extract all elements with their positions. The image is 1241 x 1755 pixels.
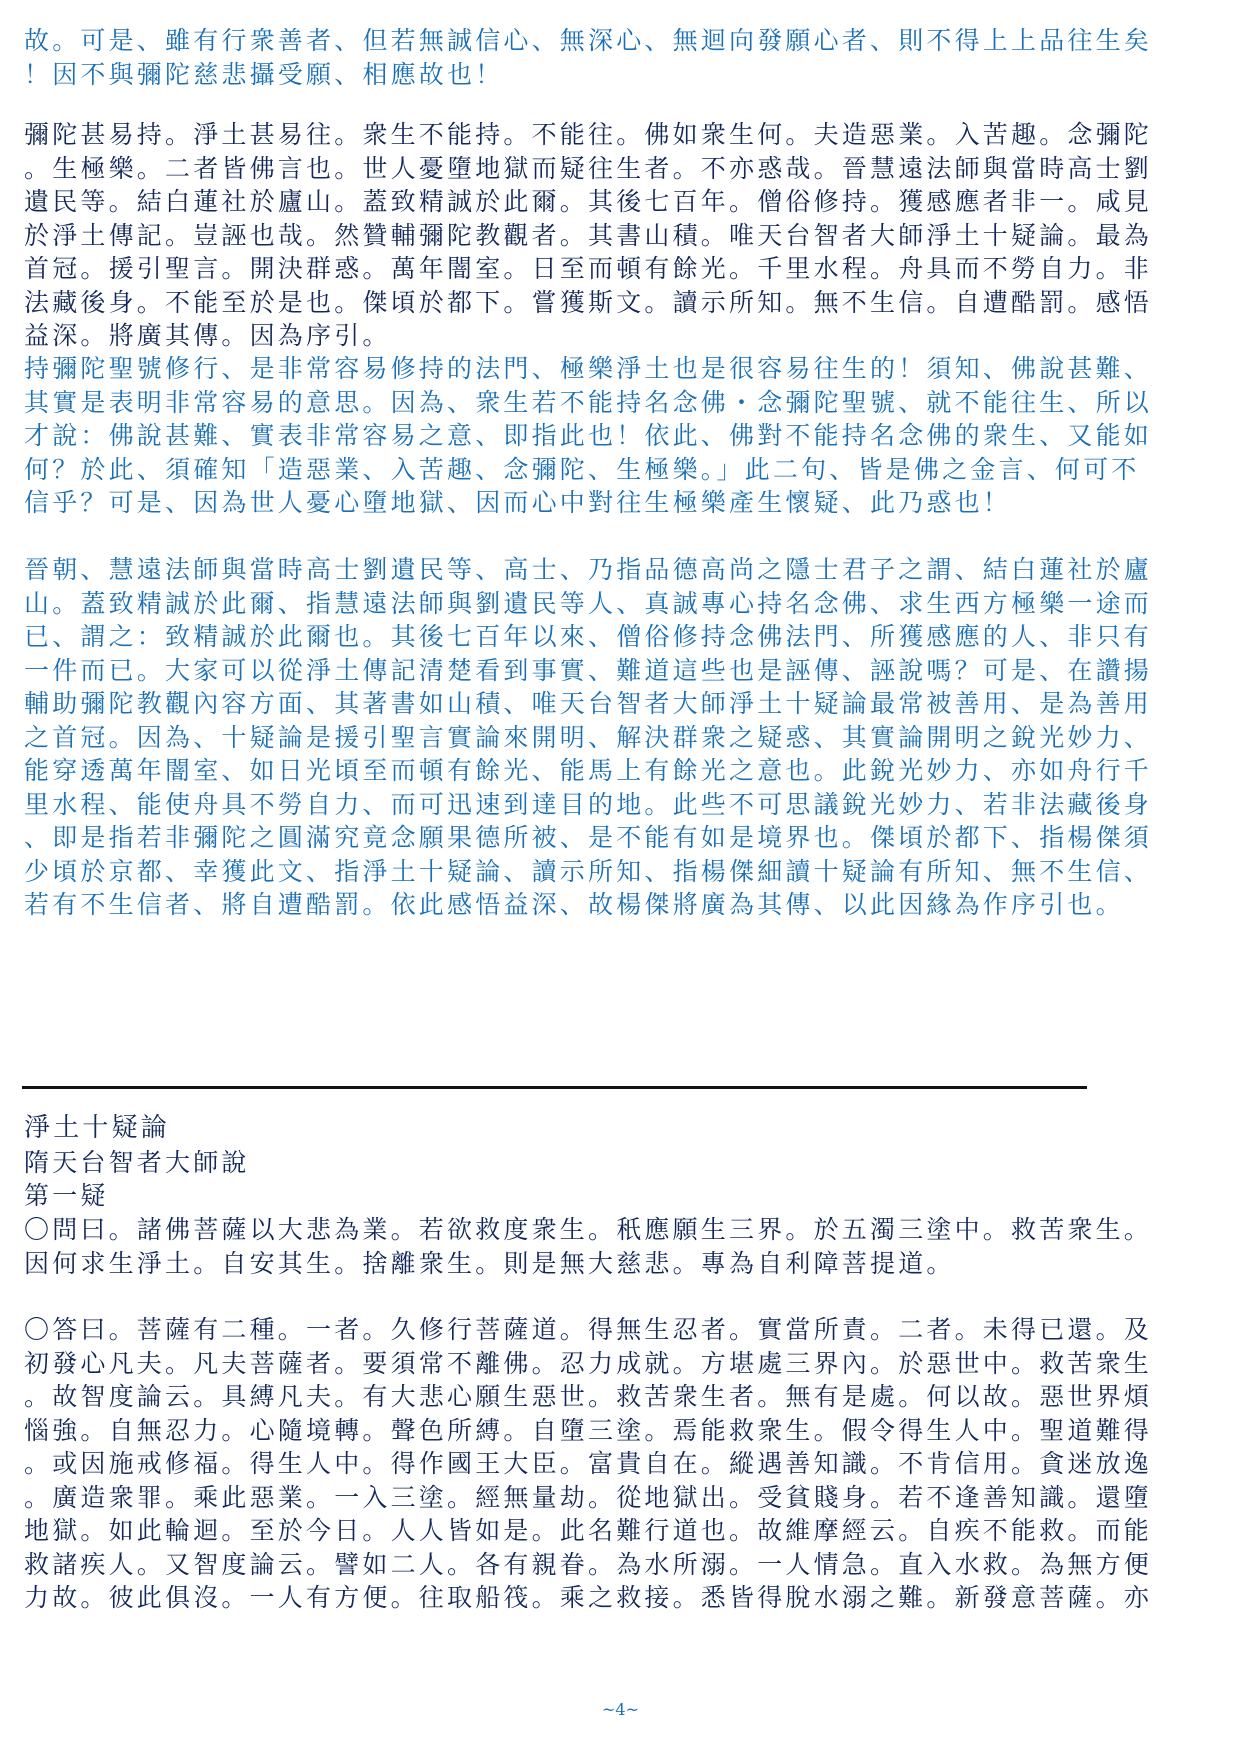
text-line: 能穿透萬年闇室、如日光頃至而頓有餘光、能馬上有餘光之意也。此銳光妙力、亦如舟行千 <box>24 754 1204 788</box>
text-line: 其實是表明非常容易的意思。因為、衆生若不能持名念佛・念彌陀聖號、就不能往生、所以 <box>24 386 1204 420</box>
text-line: 〇答曰。菩薩有二種。一者。久修行菩薩道。得無生忍者。實當所責。二者。未得已還。及 <box>24 1313 1204 1347</box>
commentary-paragraph-2: 晉朝、慧遠法師與當時高士劉遺民等、高士、乃指品德高尚之隱士君子之謂、結白蓮社於廬… <box>24 553 1204 922</box>
text-line: 彌陀甚易持。淨土甚易往。衆生不能持。不能往。佛如衆生何。夫造惡業。入苦趣。念彌陀 <box>24 118 1204 152</box>
text-line: 信乎？可是、因為世人憂心墮地獄、因而心中對往生極樂產生懷疑、此乃惑也！ <box>24 486 1204 520</box>
text-line: 若有不生信者、將自遭酷罰。依此感悟益深、故楊傑將廣為其傳、以此因緣為作序引也。 <box>24 888 1204 922</box>
text-line: 。或因施戒修福。得生人中。得作國王大臣。富貴自在。縱遇善知識。不肯信用。貪迷放逸 <box>24 1447 1204 1481</box>
preface-original-text: 彌陀甚易持。淨土甚易往。衆生不能持。不能往。佛如衆生何。夫造惡業。入苦趣。念彌陀… <box>24 118 1204 353</box>
page-number: ~4~ <box>0 1700 1241 1719</box>
text-line: 晉朝、慧遠法師與當時高士劉遺民等、高士、乃指品德高尚之隱士君子之謂、結白蓮社於廬 <box>24 553 1204 587</box>
commentary-paragraph-1: 持彌陀聖號修行、是非常容易修持的法門、極樂淨土也是很容易往生的！須知、佛說甚難、… <box>24 352 1204 520</box>
text-line: 已、謂之：致精誠於此爾也。其後七百年以來、僧俗修持念佛法門、所獲感應的人、非只有 <box>24 620 1204 654</box>
text-line: 〇問曰。諸佛菩薩以大悲為業。若欲救度衆生。秖應願生三界。於五濁三塗中。救苦衆生。 <box>24 1213 1204 1247</box>
text-line: 里水程、能使舟具不勞自力、而可迅速到達目的地。此些不可思議銳光妙力、若非法藏後身 <box>24 788 1204 822</box>
text-line: 惱強。自無忍力。心隨境轉。聲色所縛。自墮三塗。焉能救衆生。假令得生人中。聖道難得 <box>24 1414 1204 1448</box>
treatise-header: 淨土十疑論 隋天台智者大師說 第一疑 <box>24 1112 1204 1213</box>
answer-paragraph: 〇答曰。菩薩有二種。一者。久修行菩薩道。得無生忍者。實當所責。二者。未得已還。及… <box>24 1313 1204 1615</box>
text-line: 於淨土傳記。豈誣也哉。然贊輔彌陀教觀者。其書山積。唯天台智者大師淨土十疑論。最為 <box>24 219 1204 253</box>
text-line: 益深。將廣其傳。因為序引。 <box>24 319 1204 353</box>
section-divider <box>22 1086 1087 1089</box>
text-line: 之首冠。因為、十疑論是援引聖言實論來開明、解決群衆之疑惑、其實論開明之銳光妙力、 <box>24 721 1204 755</box>
text-line: 初發心凡夫。凡夫菩薩者。要須常不離佛。忍力成就。方堪處三界內。於惡世中。救苦衆生 <box>24 1347 1204 1381</box>
text-line: 首冠。援引聖言。開決群惑。萬年闇室。日至而頓有餘光。千里水程。舟具而不勞自力。非 <box>24 252 1204 286</box>
text-line: 持彌陀聖號修行、是非常容易修持的法門、極樂淨土也是很容易往生的！須知、佛說甚難、 <box>24 352 1204 386</box>
text-line: 。生極樂。二者皆佛言也。世人憂墮地獄而疑往生者。不亦惑哉。晉慧遠法師與當時高士劉 <box>24 152 1204 186</box>
treatise-author: 隋天台智者大師說 <box>24 1146 1204 1180</box>
text-line: 山。蓋致精誠於此爾、指慧遠法師與劉遺民等人、真誠專心持名念佛、求生西方極樂一途而 <box>24 587 1204 621</box>
section-heading: 第一疑 <box>24 1179 1204 1213</box>
text-line: 一件而已。大家可以從淨土傳記清楚看到事實、難道這些也是誣傳、誣說嗎？可是、在讚揚 <box>24 654 1204 688</box>
text-line: 遺民等。結白蓮社於廬山。蓋致精誠於此爾。其後七百年。僧俗修持。獲感應者非一。咸見 <box>24 185 1204 219</box>
text-line: 少頃於京都、幸獲此文、指淨土十疑論、讀示所知、指楊傑細讀十疑論有所知、無不生信、 <box>24 855 1204 889</box>
text-line: 何？於此、須確知「造惡業、入苦趣、念彌陀、生極樂。」此二句、皆是佛之金言、何可不 <box>24 453 1204 487</box>
text-line: 故。可是、雖有行衆善者、但若無誠信心、無深心、無迴向發願心者、則不得上上品往生矣 <box>24 24 1204 58</box>
text-line: 力故。彼此俱沒。一人有方便。往取船筏。乘之救接。悉皆得脫水溺之難。新發意菩薩。亦 <box>24 1581 1204 1615</box>
text-line: 法藏後身。不能至於是也。傑頃於都下。嘗獲斯文。讀示所知。無不生信。自遭酷罰。感悟 <box>24 286 1204 320</box>
text-line: 救諸疾人。又智度論云。譬如二人。各有親眷。為水所溺。一人情急。直入水救。為無方便 <box>24 1548 1204 1582</box>
question-paragraph: 〇問曰。諸佛菩薩以大悲為業。若欲救度衆生。秖應願生三界。於五濁三塗中。救苦衆生。… <box>24 1213 1204 1280</box>
text-line: 輔助彌陀教觀內容方面、其著書如山積、唯天台智者大師淨土十疑論最常被善用、是為善用 <box>24 687 1204 721</box>
document-page: 故。可是、雖有行衆善者、但若無誠信心、無深心、無迴向發願心者、則不得上上品往生矣… <box>0 0 1241 1755</box>
treatise-title: 淨土十疑論 <box>24 1112 1204 1146</box>
text-line: 地獄。如此輪迴。至於今日。人人皆如是。此名難行道也。故維摩經云。自疾不能救。而能 <box>24 1514 1204 1548</box>
commentary-top: 故。可是、雖有行衆善者、但若無誠信心、無深心、無迴向發願心者、則不得上上品往生矣… <box>24 24 1204 91</box>
text-line: 才說：佛說甚難、實表非常容易之意、即指此也！依此、佛對不能持名念佛的衆生、又能如 <box>24 419 1204 453</box>
text-line: 、即是指若非彌陀之圓滿究竟念願果德所被、是不能有如是境界也。傑頃於都下、指楊傑須 <box>24 821 1204 855</box>
text-line: ！因不與彌陀慈悲攝受願、相應故也！ <box>24 58 1204 92</box>
text-line: 。廣造衆罪。乘此惡業。一入三塗。經無量劫。從地獄出。受貧賤身。若不逢善知識。還墮 <box>24 1481 1204 1515</box>
text-line: 。故智度論云。具縛凡夫。有大悲心願生惡世。救苦衆生者。無有是處。何以故。惡世界煩 <box>24 1380 1204 1414</box>
text-line: 因何求生淨土。自安其生。捨離衆生。則是無大慈悲。專為自利障菩提道。 <box>24 1247 1204 1281</box>
